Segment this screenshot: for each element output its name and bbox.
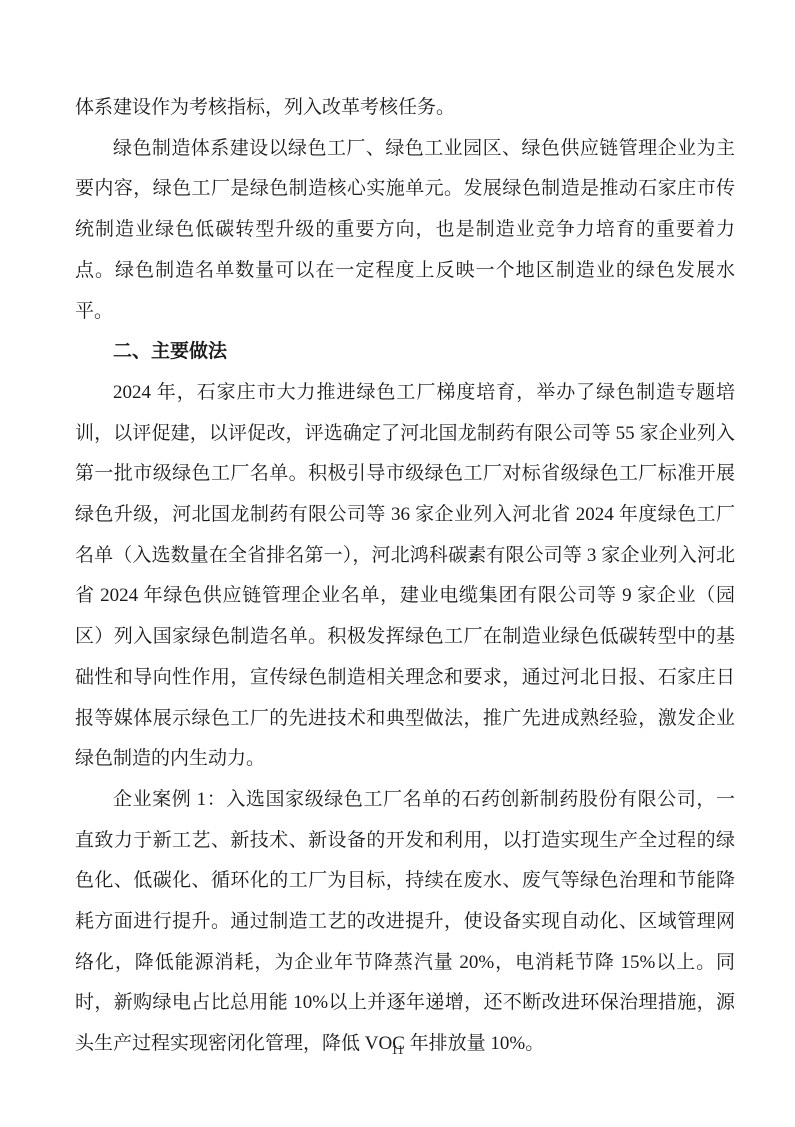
paragraph: 绿色制造体系建设以绿色工厂、绿色工业园区、绿色供应链管理企业为主要内容，绿色工厂…	[75, 129, 735, 333]
section-heading: 二、主要做法	[75, 332, 735, 373]
paragraph: 体系建设作为考核指标，列入改革考核任务。	[75, 88, 735, 129]
document-page: 体系建设作为考核指标，列入改革考核任务。绿色制造体系建设以绿色工厂、绿色工业园区…	[0, 0, 795, 1127]
paragraph: 企业案例 1：入选国家级绿色工厂名单的石药创新制药股份有限公司，一直致力于新工艺…	[75, 780, 735, 1065]
document-body: 体系建设作为考核指标，列入改革考核任务。绿色制造体系建设以绿色工厂、绿色工业园区…	[75, 88, 735, 1065]
paragraph: 2024 年，石家庄市大力推进绿色工厂梯度培育，举办了绿色制造专题培训，以评促建…	[75, 373, 735, 780]
page-number: 11	[0, 1042, 795, 1058]
